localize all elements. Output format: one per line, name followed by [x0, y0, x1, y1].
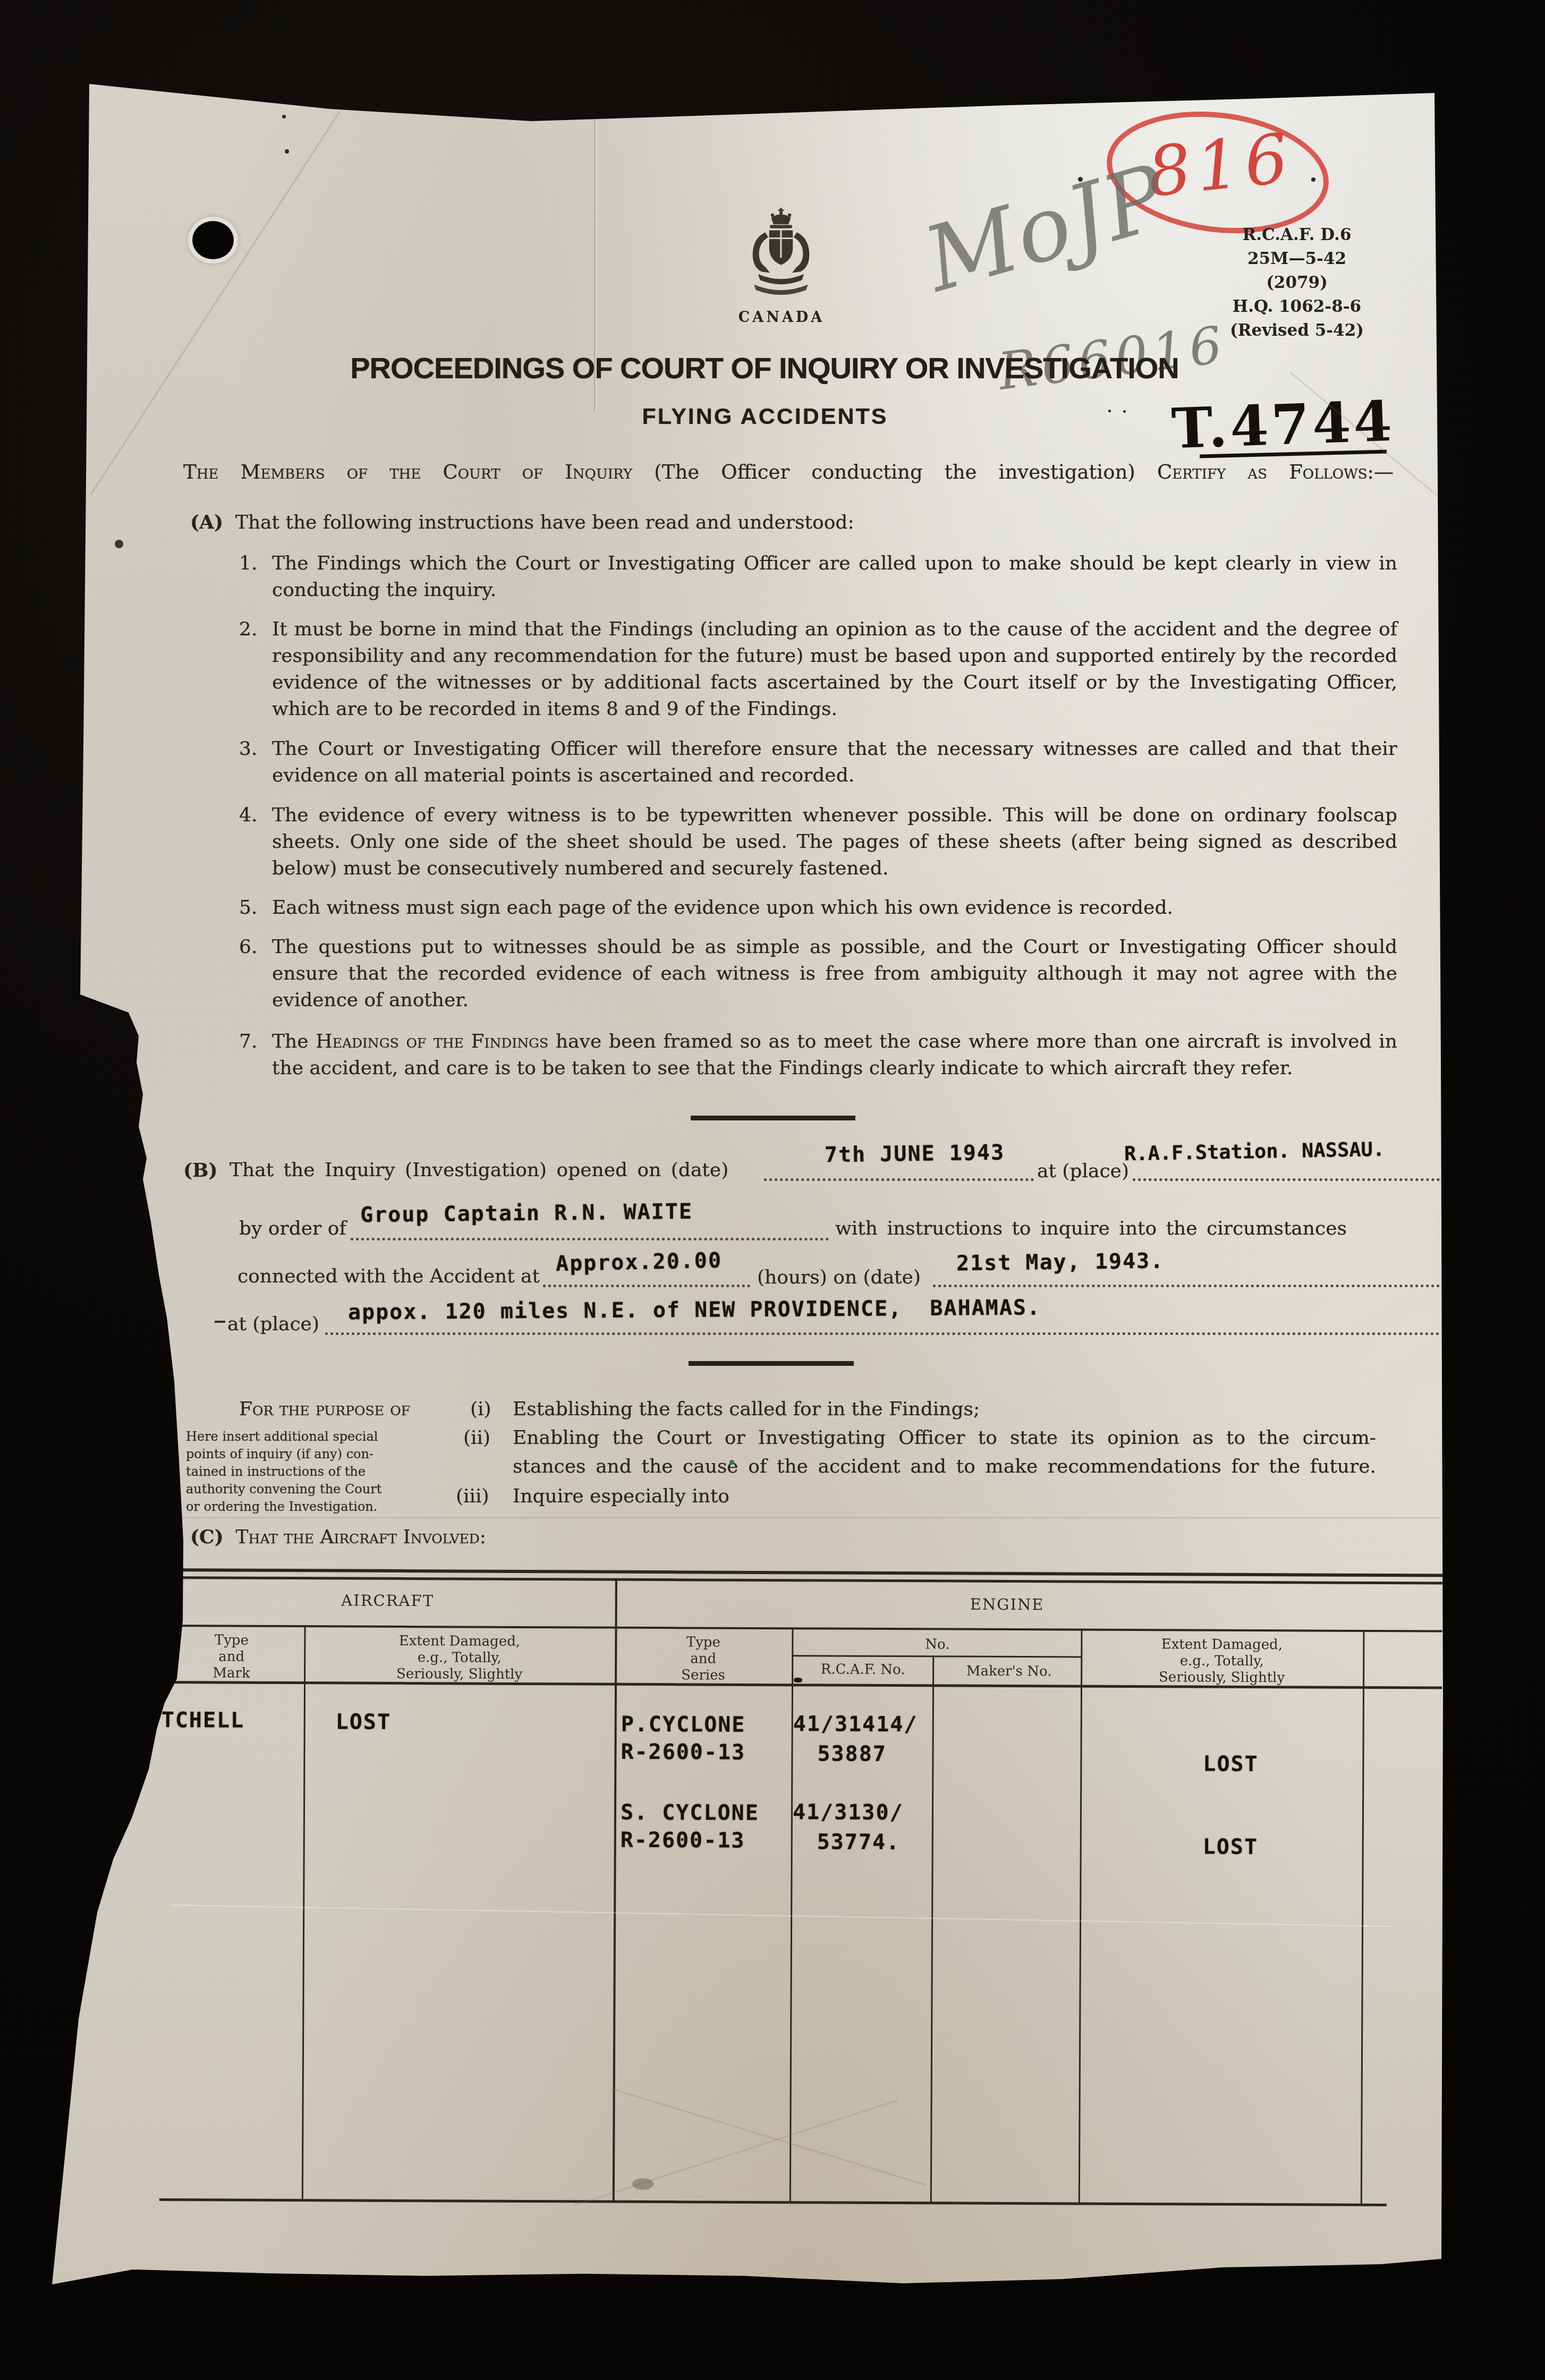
instruction-item-6: 6. The questions put to witnesses should… [239, 934, 1397, 1014]
ink-speck [115, 540, 123, 548]
col-header-makers-no: Maker's No. [940, 1663, 1078, 1680]
col-header-aircraft-damage: Extent Damaged, e.g., Totally, Seriously… [304, 1633, 615, 1684]
col-header-line: Seriously, Slightly [304, 1665, 615, 1684]
dotted-rule [1133, 1178, 1440, 1181]
column-divider [930, 1655, 934, 2203]
item-text: The Headings of the Findings have been f… [272, 1028, 1397, 1082]
ink-speck [1108, 410, 1111, 412]
ink-speck [285, 149, 289, 154]
dotted-rule [933, 1285, 1440, 1287]
cell-engine-damage: LOST [1203, 1750, 1259, 1778]
form-reference: R.C.A.F. D.6 25M—5-42 (2079) H.Q. 1062-8… [1217, 223, 1377, 343]
instruction-item-1: 1. The Findings which the Court or Inves… [239, 550, 1397, 603]
cell-rcaf-no-line1: 41/31414/ [793, 1710, 918, 1738]
table-rule-groups [159, 1625, 1442, 1633]
form-ref-line: 25M—5-42 (2079) [1217, 247, 1377, 295]
ink-speck [282, 115, 286, 118]
form-ref-line: (Revised 5-42) [1217, 319, 1377, 343]
ink-speck [1078, 177, 1083, 182]
section-b-label: (B) [183, 1157, 218, 1184]
item7-pre: The [272, 1031, 316, 1052]
cell-engine-type-line2: R-2600-13 [621, 1738, 745, 1766]
col-header-line: e.g., Totally, [1081, 1653, 1363, 1670]
dotted-rule [325, 1332, 1440, 1335]
ink-speck [1123, 410, 1126, 413]
typed-entry-accident-date: 21st May, 1943. [956, 1247, 1165, 1278]
margin-note-line: authority convening the Court [186, 1481, 425, 1498]
margin-note-line: Here insert additional special [186, 1428, 425, 1446]
form-ref-line: R.C.A.F. D.6 [1217, 223, 1377, 247]
gray-smudge [632, 2178, 653, 2190]
aircraft-engine-table: AIRCRAFT ENGINE Type and Mark Extent Dam… [157, 1567, 1445, 2211]
margin-note-line: tained in instructions of the [186, 1463, 425, 1481]
cell-aircraft-type: TCHELL [162, 1706, 245, 1735]
item-number: 4. [239, 802, 272, 882]
item-number: 7. [239, 1028, 272, 1082]
item-text: The questions put to witnesses should be… [272, 934, 1397, 1014]
col-header-line: Mark [159, 1665, 304, 1682]
certify-statement: The Members of the Court of Inquiry (The… [183, 459, 1394, 486]
col-header-line: and [615, 1651, 792, 1668]
section-b-line2-text: by order of [239, 1215, 346, 1242]
section-b-line3-text: connected with the Accident at [237, 1263, 540, 1290]
typed-entry-date-opened: 7th JUNE 1943 [825, 1139, 1005, 1169]
item-number: 2. [239, 616, 272, 722]
section-c-label: (C) [190, 1526, 224, 1548]
item-number: 3. [239, 736, 272, 789]
section-b-line4-text: at (place) [227, 1311, 319, 1338]
purpose-item-iii-label: (iii) [456, 1483, 489, 1510]
dotted-rule [543, 1285, 750, 1287]
certify-tail: Certify as Follows:— [1157, 461, 1394, 483]
coat-of-arms-icon [742, 207, 820, 307]
instruction-item-4: 4. The evidence of every witness is to b… [239, 802, 1397, 882]
col-header-line: Type [159, 1632, 304, 1649]
item-text: The Findings which the Court or Investig… [272, 550, 1397, 603]
item-text: The evidence of every witness is to be t… [272, 802, 1397, 882]
col-header-rcaf-no: R.C.A.F. No. [796, 1661, 929, 1678]
col-header-no: No. [897, 1636, 977, 1653]
item-text: It must be borne in mind that the Findin… [272, 616, 1397, 722]
stray-dash-mark [215, 1321, 225, 1323]
section-divider [689, 1361, 854, 1366]
column-divider [302, 1625, 306, 2200]
scan-background: 816 MoJP R66016 R.C.A.F. D.6 25M—5-42 (2… [0, 0, 1545, 2380]
cell-rcaf-no-line2: 53774. [817, 1828, 901, 1856]
instruction-item-5: 5. Each witness must sign each page of t… [239, 895, 1397, 921]
purpose-item-i-text: Establishing the facts called for in the… [513, 1396, 980, 1423]
section-c-heading: (C) That the Aircraft Involved: [190, 1524, 486, 1551]
certify-lead: The Members of the Court of Inquiry [183, 461, 632, 483]
typed-entry-accident-hours: Approx.20.00 [555, 1247, 722, 1278]
margin-note: Here insert additional special points of… [186, 1428, 425, 1516]
teal-speck [729, 1460, 734, 1465]
section-a-label: (A) [190, 511, 223, 533]
ink-speck [1311, 177, 1315, 182]
dotted-rule [764, 1178, 1034, 1181]
dotted-rule [351, 1238, 829, 1240]
pencil-annotation-initials: MoJP [914, 144, 1178, 312]
paper-crease [90, 1517, 1440, 1518]
instruction-item-3: 3. The Court or Investigating Officer wi… [239, 736, 1397, 789]
form-ref-line: H.Q. 1062-8-6 [1217, 295, 1377, 319]
instruction-item-7: 7. The Headings of the Findings have bee… [239, 1028, 1397, 1082]
col-header-line: Extent Damaged, [1081, 1636, 1363, 1654]
table-rule-no [792, 1655, 1082, 1657]
item7-smallcaps: Headings of the Findings [316, 1031, 548, 1052]
section-a-heading: (A) That the following instructions have… [190, 509, 854, 536]
purpose-item-iii-text: Inquire especially into [513, 1483, 729, 1510]
emblem-caption: CANADA [737, 309, 826, 326]
col-header-engine-damage: Extent Damaged, e.g., Totally, Seriously… [1081, 1636, 1363, 1687]
margin-note-line: or ordering the Investigation. [186, 1498, 425, 1516]
typed-entry-place-opened: R.A.F.Station. NASSAU. [1124, 1136, 1385, 1168]
section-b-line3-text2: (hours) on (date) [757, 1264, 921, 1291]
typed-entry-ordering-officer: Group Captain R.N. WAITE [360, 1198, 693, 1229]
table-rule-top2 [159, 1576, 1442, 1585]
col-header-line: Series [615, 1667, 792, 1684]
margin-note-line: points of inquiry (if any) con- [186, 1446, 425, 1463]
purpose-item-ii-line2: stances and the cause of the accident an… [513, 1453, 1376, 1480]
item-text: Each witness must sign each page of the … [272, 895, 1397, 921]
ink-speck [429, 109, 432, 113]
purpose-lead: For the purpose of [239, 1396, 410, 1423]
col-header-line: Type [615, 1634, 792, 1651]
paper-crease [90, 111, 341, 495]
punch-hole [192, 221, 234, 259]
cell-engine-type-line1: S. CYCLONE [621, 1799, 759, 1827]
cell-engine-type-line2: R-2600-13 [621, 1826, 745, 1855]
cell-rcaf-no-line1: 41/3130/ [793, 1798, 904, 1826]
section-divider [691, 1116, 855, 1120]
table-rule-top [159, 1568, 1442, 1577]
cell-aircraft-damage: LOST [336, 1708, 392, 1736]
typed-entry-accident-place: appox. 120 miles N.E. of NEW PROVIDENCE,… [348, 1294, 1041, 1326]
item-number: 6. [239, 934, 272, 1014]
table-group-engine: ENGINE [928, 1596, 1087, 1613]
table-group-aircraft: AIRCRAFT [308, 1592, 468, 1609]
certify-mid: (The Officer conducting the investigatio… [632, 461, 1157, 483]
col-header-type-series: Type and Series [615, 1634, 792, 1684]
item-number: 1. [239, 550, 272, 603]
page-title: PROCEEDINGS OF COURT OF INQUIRY OR INVES… [241, 351, 1288, 385]
section-b-line1-text2: at (place) [1037, 1158, 1129, 1185]
ink-blot [794, 1678, 802, 1682]
col-header-type-mark: Type and Mark [159, 1632, 304, 1682]
col-header-line: e.g., Totally, [304, 1649, 615, 1667]
section-a-intro: That the following instructions have bee… [235, 512, 854, 533]
purpose-item-ii-line1: Enabling the Court or Investigating Offi… [513, 1425, 1376, 1451]
red-circled-number: 816 [1144, 120, 1289, 212]
column-divider [1079, 1629, 1083, 2204]
col-header-line: Seriously, Slightly [1081, 1669, 1363, 1687]
item-number: 5. [239, 895, 272, 921]
section-b-line2-text2: with instructions to inquire into the ci… [835, 1215, 1347, 1242]
cell-rcaf-no-line2: 53887 [817, 1740, 887, 1768]
instruction-item-2: 2. It must be borne in mind that the Fin… [239, 616, 1397, 722]
page-subtitle: FLYING ACCIDENTS [553, 404, 978, 430]
section-b-line1-text: That the Inquiry (Investigation) opened … [230, 1157, 728, 1184]
cell-engine-type-line1: P.CYCLONE [621, 1711, 746, 1739]
col-header-line: Extent Damaged, [304, 1633, 615, 1651]
column-divider [1361, 1630, 1365, 2205]
item-text: The Court or Investigating Officer will … [272, 736, 1397, 789]
table-rule-bottom [159, 2198, 1387, 2206]
col-header-line: and [159, 1648, 304, 1665]
section-c-text: That the Aircraft Involved: [236, 1526, 486, 1548]
cell-engine-damage: LOST [1203, 1833, 1259, 1861]
purpose-item-i-label: (i) [470, 1396, 491, 1423]
document-page: 816 MoJP R66016 R.C.A.F. D.6 25M—5-42 (2… [0, 0, 1545, 2380]
purpose-item-ii-label: (ii) [463, 1425, 490, 1451]
